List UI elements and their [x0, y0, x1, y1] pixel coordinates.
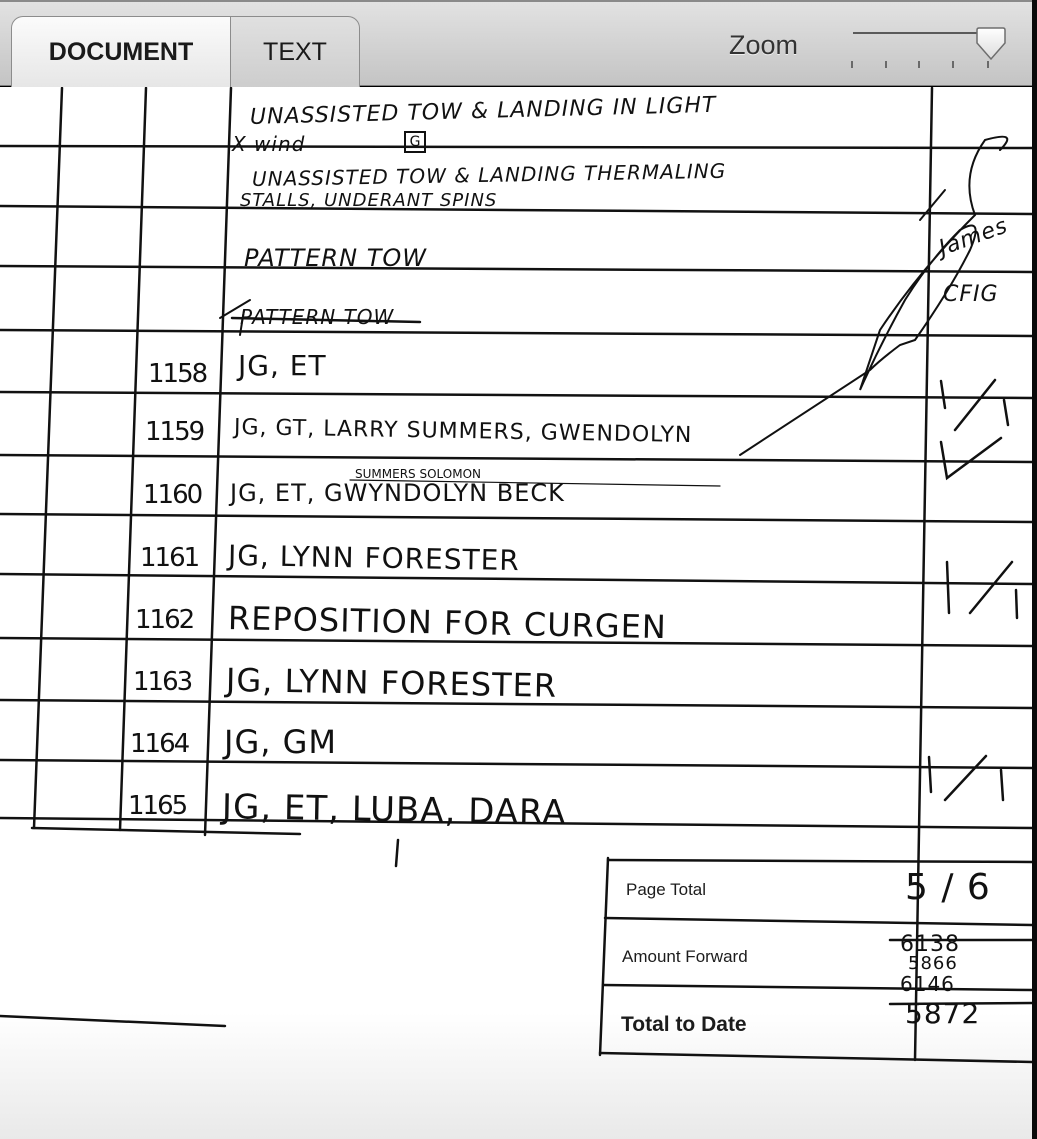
viewer-toolbar: DOCUMENT TEXT Zoom [0, 0, 1032, 86]
row-entry: JG, ET, GWYNDOLYN BECK [230, 479, 565, 507]
row-number: 1158 [148, 359, 206, 389]
row-number: 1162 [135, 605, 193, 635]
page-total-label: Page Total [626, 880, 706, 900]
zoom-label: Zoom [729, 30, 798, 61]
row-number: 1163 [133, 667, 191, 697]
zoom-slider-tick [918, 61, 920, 68]
amount-forward-value-2: 5866 [908, 953, 958, 974]
total-to-date-value-2: 5872 [905, 997, 980, 1030]
row-number: 1161 [140, 543, 198, 573]
entry-top-3: PATTERN TOW [244, 244, 427, 272]
row-entry: JG, LYNN FORESTER [228, 539, 520, 577]
zoom-slider[interactable] [851, 24, 1011, 64]
total-to-date-label: Total to Date [621, 1013, 747, 1037]
entry-top-4-struck: PATTERN TOW [240, 305, 394, 329]
row-entry: JG, ET, LUBA, DARA [222, 787, 567, 833]
row-number: 1164 [130, 729, 188, 759]
entry-top-2-line2: STALLS, UNDERANT SPINS [240, 190, 497, 211]
checkbox-mark-icon: G [404, 131, 426, 153]
row-entry: JG, LYNN FORESTER [226, 661, 558, 705]
zoom-slider-tick [952, 61, 954, 68]
tab-text[interactable]: TEXT [230, 16, 360, 88]
document-viewport[interactable]: UNASSISTED TOW & LANDING IN LIGHT X wind… [0, 87, 1032, 1139]
zoom-slider-track [853, 32, 983, 34]
row-entry: JG, ET [238, 349, 327, 382]
page-total-value: 5 / 6 [905, 867, 991, 908]
entry-top-1-line2: X wind [232, 132, 305, 156]
amount-forward-label: Amount Forward [622, 947, 748, 967]
instructor-initials: CFIG [943, 282, 999, 307]
tab-document[interactable]: DOCUMENT [11, 16, 231, 88]
row-entry: JG, GM [224, 723, 337, 761]
row-number: 1165 [128, 791, 186, 821]
zoom-slider-thumb[interactable] [975, 27, 1007, 63]
row-number: 1160 [143, 480, 201, 510]
zoom-slider-tick [851, 61, 853, 68]
row-number: 1159 [145, 417, 203, 447]
total-to-date-value: 6146 [900, 972, 955, 996]
zoom-slider-tick [885, 61, 887, 68]
window-edge [1032, 0, 1037, 1139]
